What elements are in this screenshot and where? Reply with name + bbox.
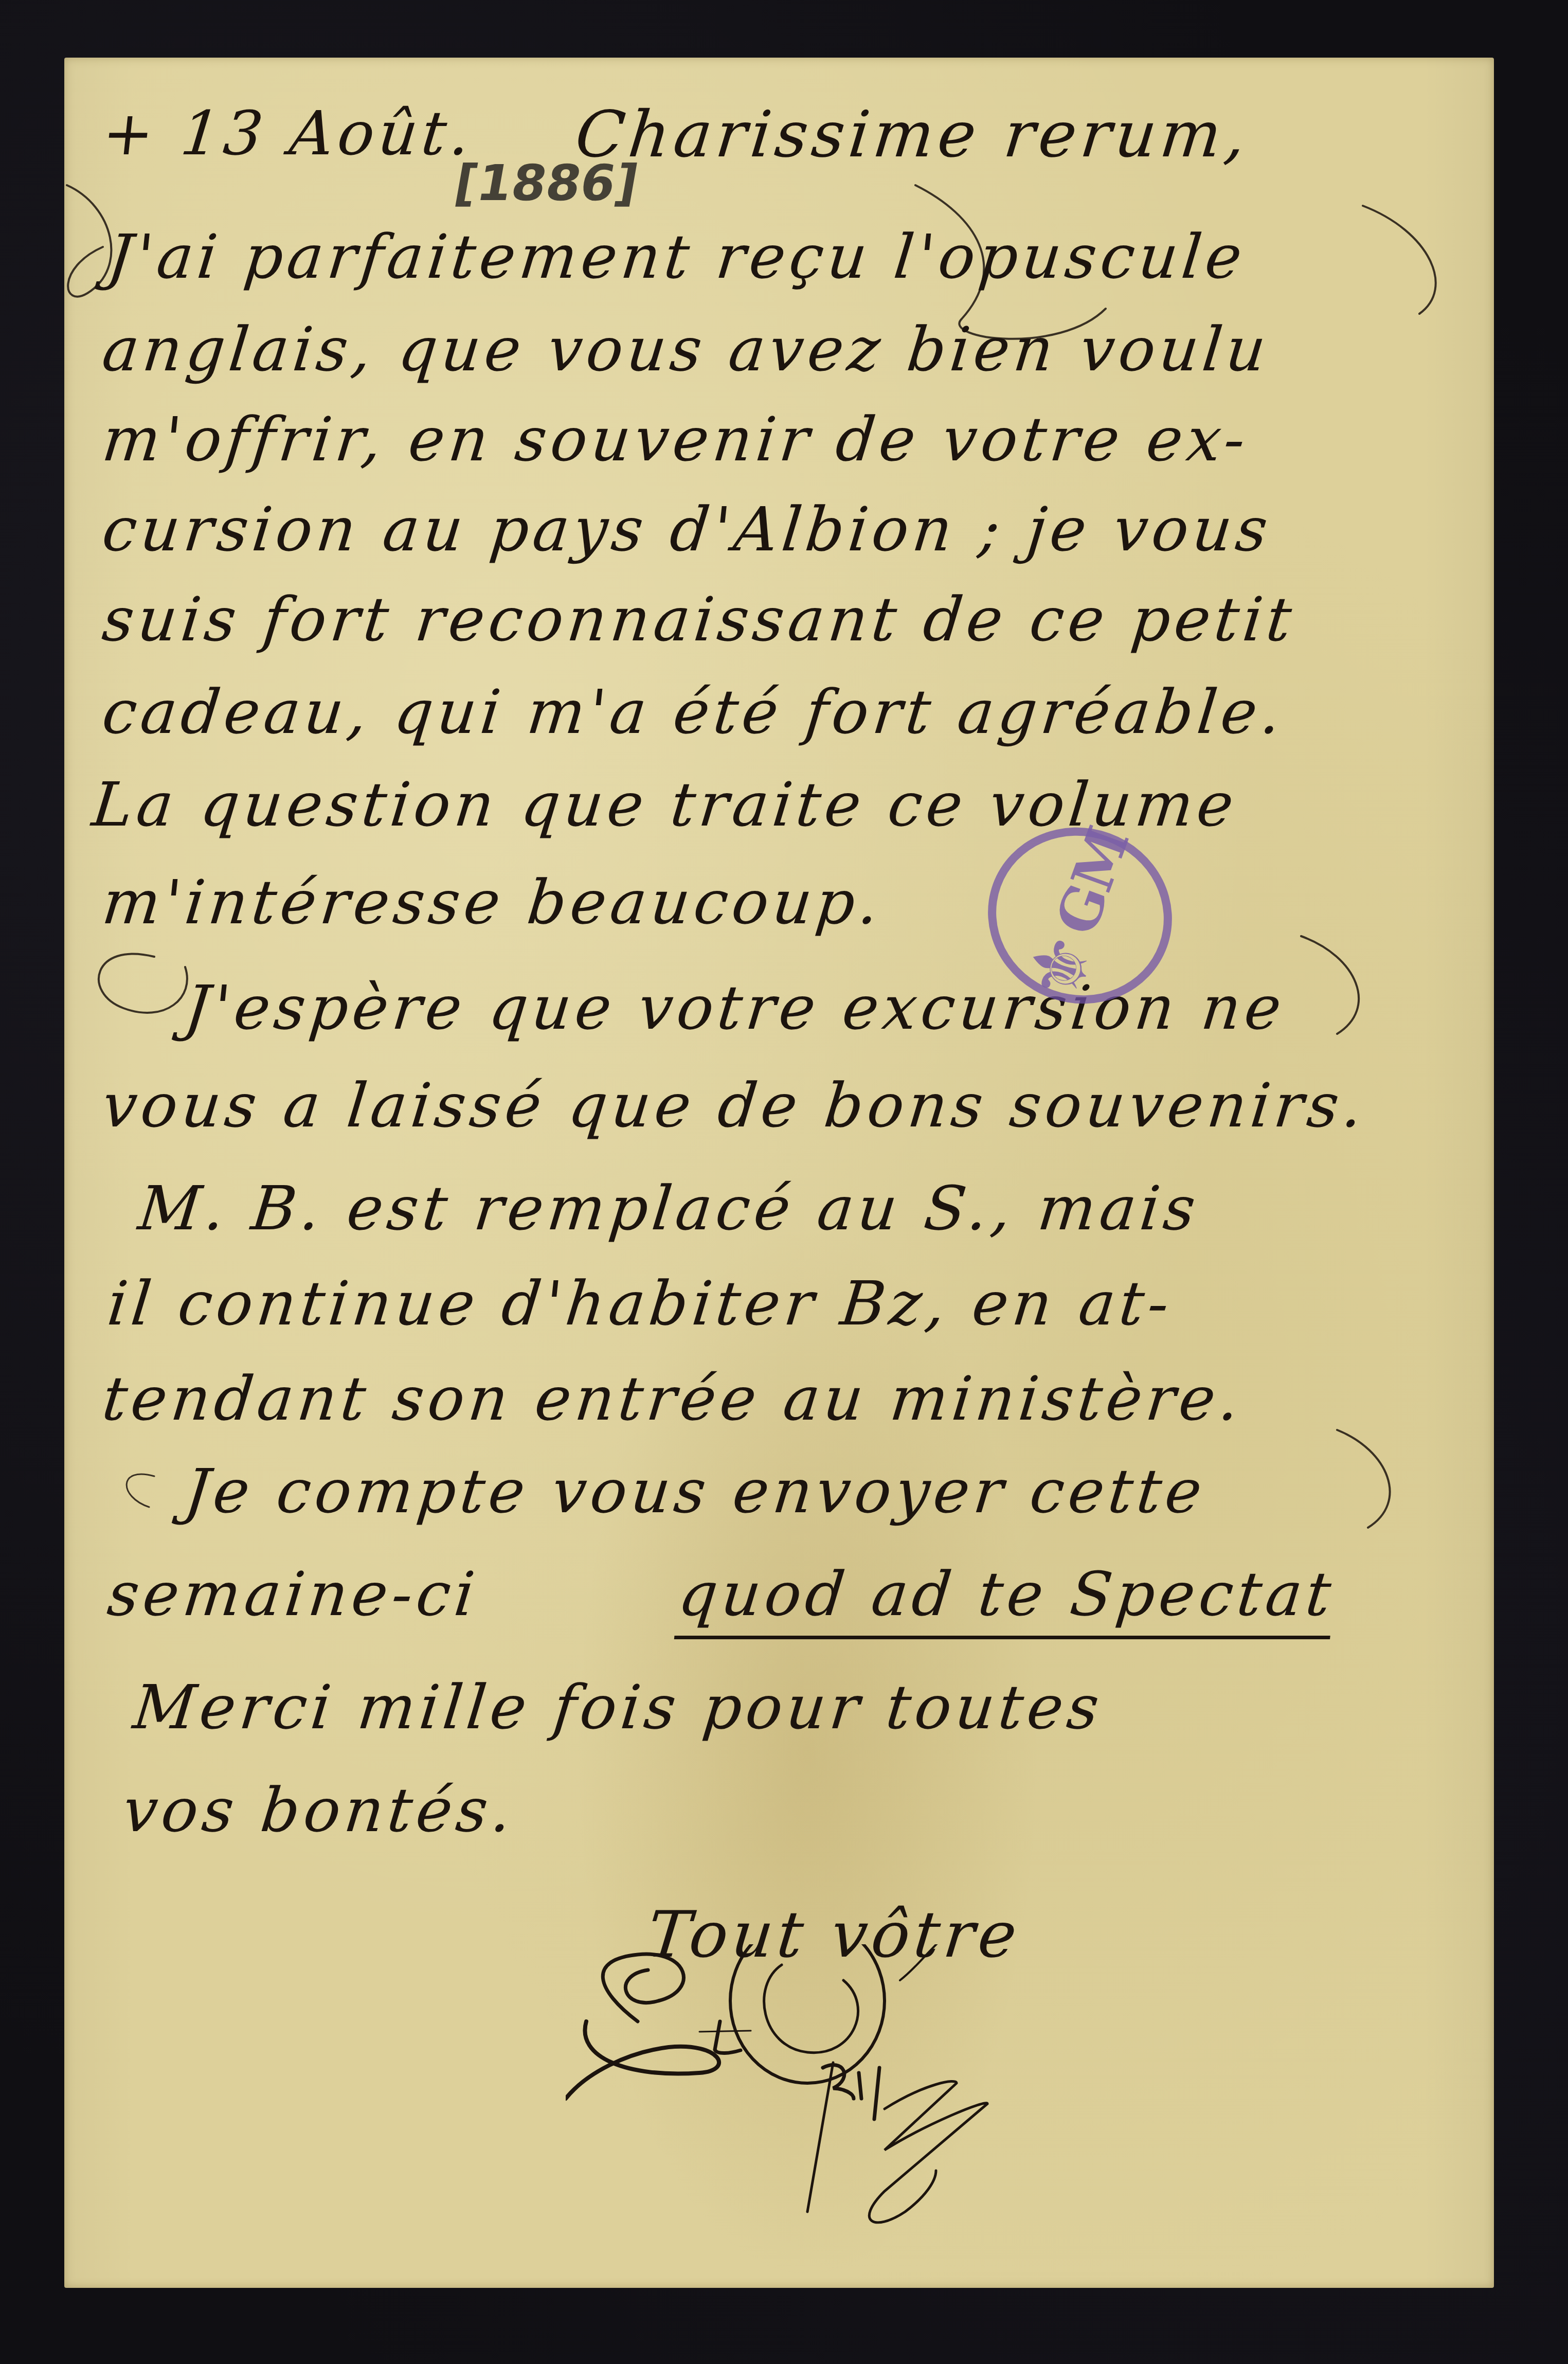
dateline: + 13 Août. (100, 103, 477, 164)
body-line-17: vos bontés. (120, 1780, 518, 1840)
body-line-16: Merci mille fois pour toutes (131, 1677, 1106, 1738)
body-line-4: cursion au pays d'Albion ; je vous (100, 499, 1274, 560)
body-line-14: Je compte vous envoyer cette (182, 1461, 1209, 1521)
body-line-11: M. B. est remplacé au S., mais (136, 1178, 1202, 1239)
date-annotation: [1886] (450, 154, 643, 212)
body-line-3: m'offrir, en souvenir de votre ex- (100, 409, 1252, 470)
body-line-5: suis fort reconnaissant de ce petit (100, 589, 1299, 650)
body-line-8: m'intéresse beaucoup. (100, 872, 886, 933)
body-line-7: La question que traite ce volume (89, 774, 1240, 835)
body-line-10: vous a laissé que de bons souvenirs. (100, 1075, 1369, 1136)
signature: E. Roy (566, 1944, 1234, 2232)
body-line-13: tendant son entrée au ministère. (100, 1368, 1246, 1429)
body-line-1: J'ai parfaitement reçu l'opuscule (105, 226, 1249, 287)
signature-text: E. Roy (566, 1944, 566, 1945)
underlined-phrase: quod ad te Spectat (676, 1564, 1338, 1624)
body-line-2: anglais, que vous avez bien voulu (100, 319, 1273, 380)
body-line-6: cadeau, qui m'a été fort agréable. (100, 682, 1288, 742)
signature-flourish-icon (566, 1944, 1234, 2232)
stamp-letters: GM (1048, 822, 1137, 942)
body-line-15: semaine-ci (105, 1564, 481, 1624)
salutation: Charissime rerum, (572, 103, 1253, 167)
body-line-12: il continue d'habiter Bz, en at- (105, 1273, 1176, 1334)
